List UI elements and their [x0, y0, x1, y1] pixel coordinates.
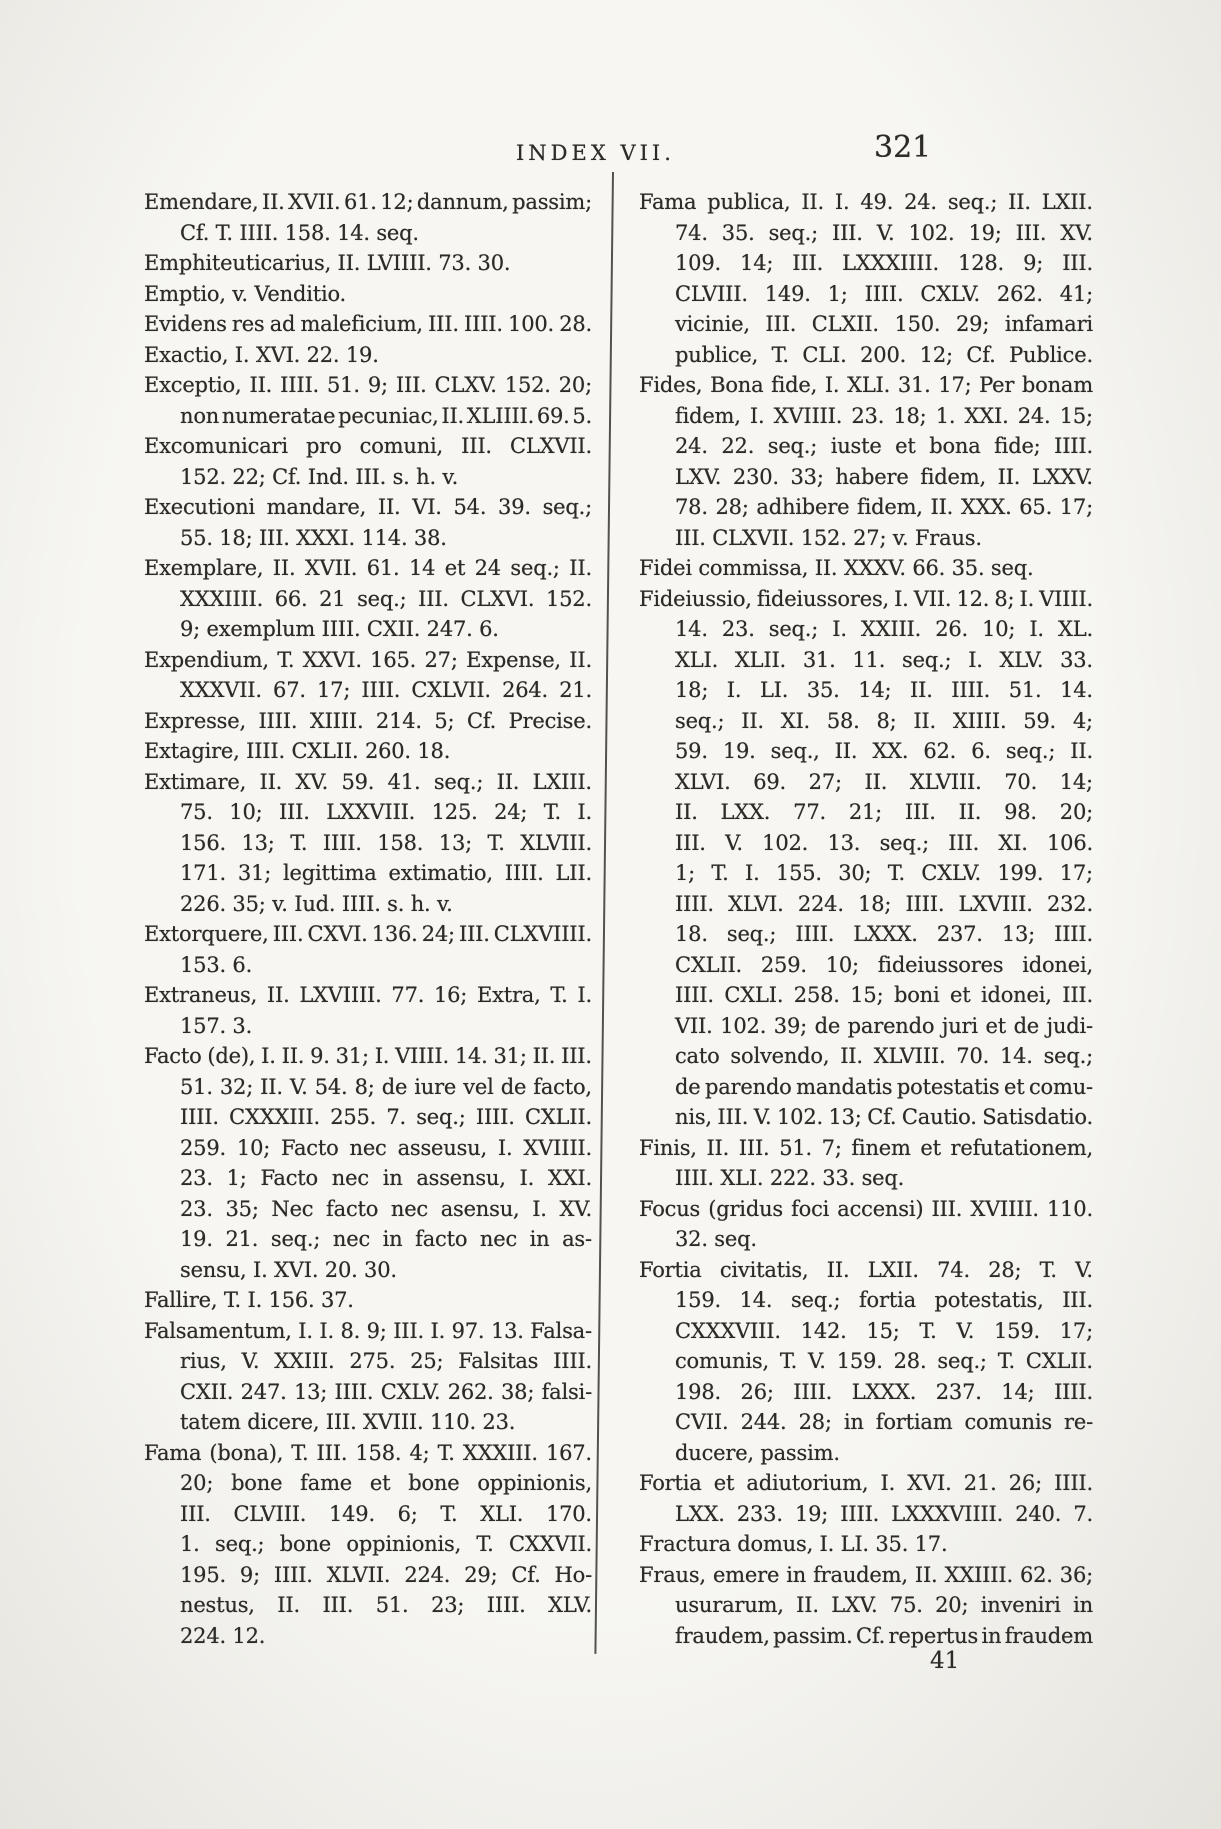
- index-line: 259.10;Factonecasseusu,I.XVIIII.: [144, 1133, 592, 1164]
- index-line: 23.1;Factonecinassensu,I.XXI.: [144, 1163, 592, 1194]
- index-line: 195.9;IIII.XLVII.224.29;Cf.Ho-: [144, 1560, 592, 1591]
- index-line: CLVIII.149.1;IIII.CXLV.262.41;: [639, 279, 1093, 310]
- index-line: usurarum,II.LXV.75.20;inveniriin: [639, 1590, 1093, 1621]
- index-line: 109.14;III.LXXXIIII.128.9;III.: [639, 248, 1093, 279]
- index-line: Fortiacivitatis,II.LXII.74.28;T.V.: [639, 1255, 1093, 1286]
- index-line: CVII.244.28;infortiamcomunisre-: [639, 1407, 1093, 1438]
- page-header-title: INDEX VII.: [516, 141, 675, 165]
- index-line: Fractura domus, I. LI. 35. 17.: [639, 1529, 1093, 1560]
- index-line: 59.19.seq.,II.XX.62.6.seq.;II.: [639, 736, 1093, 767]
- index-line: publice,T.CLI.200.12;Cf.Publice.: [639, 340, 1093, 371]
- index-line: Emptio, v. Venditio.: [144, 279, 592, 310]
- index-line: 14.23.seq.;I.XXIII.26.10;I.XL.: [639, 614, 1093, 645]
- index-line: 171.31;legittimaextimatio,IIII.LII.: [144, 858, 592, 889]
- index-line: CXII.247.13;IIII.CXLV.262.38;falsi-: [144, 1377, 592, 1408]
- index-line: Fortiaetadiutorium,I.XVI.21.26;IIII.: [639, 1468, 1093, 1499]
- index-line: 74.35.seq.;III.V.102.19;III.XV.: [639, 218, 1093, 249]
- index-line: III.CLVIII.149.6;T.XLI.170.: [144, 1499, 592, 1530]
- index-line: Extagire, IIII. CXLII. 260. 18.: [144, 736, 592, 767]
- index-line: III. CLXVII. 152. 27; v. Fraus.: [639, 523, 1093, 554]
- index-line: Fama(bona),T.III.158.4;T.XXXIII.167.: [144, 1438, 592, 1469]
- index-line: Exactio, I. XVI. 22. 19.: [144, 340, 592, 371]
- index-line: 1.seq.;boneoppinionis,T.CXXVII.: [144, 1529, 592, 1560]
- index-line: Cf. T. IIII. 158. 14. seq.: [144, 218, 592, 249]
- page-number: 321: [874, 130, 931, 165]
- index-line: nonnumerataepecuniac,II.XLIIII.69.5.: [144, 401, 592, 432]
- index-line: fraudem,passim.Cf.repertusinfraudem: [639, 1621, 1093, 1652]
- index-line: Expendium,T.XXVI.165.27;Expense,II.: [144, 645, 592, 676]
- index-line: rius,V.XXIII.275.25;FalsitasIIII.: [144, 1346, 592, 1377]
- index-line: comunis,T.V.159.28.seq.;T.CXLII.: [639, 1346, 1093, 1377]
- index-line: 9; exemplum IIII. CXII. 247. 6.: [144, 614, 592, 645]
- index-line: XXXVII.67.17;IIII.CXLVII.264.21.: [144, 675, 592, 706]
- index-line: 157. 3.: [144, 1011, 592, 1042]
- index-line: CXXXVIII.142.15;T.V.159.17;: [639, 1316, 1093, 1347]
- index-line: 75.10;III.LXXVIII.125.24;T.I.: [144, 797, 592, 828]
- index-line: XLI.XLII.31.11.seq.;I.XLV.33.: [639, 645, 1093, 676]
- index-line: 18;I.LI.35.14;II.IIII.51.14.: [639, 675, 1093, 706]
- index-line: 226. 35; v. Iud. IIII. s. h. v.: [144, 889, 592, 920]
- column-divider-rule: [594, 172, 614, 1654]
- index-line: Extraneus,II.LXVIIII.77.16;Extra,T.I.: [144, 980, 592, 1011]
- index-line: XLVI.69.27;II.XLVIII.70.14;: [639, 767, 1093, 798]
- index-line: II.LXX.77.21;III.II.98.20;: [639, 797, 1093, 828]
- index-line: Fideiussio,fideiussores,I.VII.12.8;I.VII…: [639, 584, 1093, 615]
- index-line: Expresse,IIII.XIIII.214.5;Cf.Precise.: [144, 706, 592, 737]
- index-line: Falsamentum,I.I.8.9;III.I.97.13.Falsa-: [144, 1316, 592, 1347]
- index-line: Fidei commissa, II. XXXV. 66. 35. seq.: [639, 553, 1093, 584]
- index-line: 23.35;Necfactonecasensu,I.XV.: [144, 1194, 592, 1225]
- index-line: Extorquere,III.CXVI.136.24;III.CLXVIIII.: [144, 919, 592, 950]
- index-column-right: Famapublica,II.I.49.24.seq.;II.LXII.74.3…: [639, 187, 1093, 1651]
- index-line: 18.seq.;IIII.LXXX.237.13;IIII.: [639, 919, 1093, 950]
- index-line: Excomunicariprocomuni,III.CLXVII.: [144, 431, 592, 462]
- index-line: Facto(de),I.II.9.31;I.VIIII.14.31;II.III…: [144, 1041, 592, 1072]
- index-column-left: Emendare,II.XVII.61.12;dannum,passim;Cf.…: [144, 187, 592, 1651]
- index-line: 156.13;T.IIII.158.13;T.XLVIII.: [144, 828, 592, 859]
- index-line: 19.21.seq.;necinfactonecinas-: [144, 1224, 592, 1255]
- book-page-scan: INDEX VII. 321 Emendare,II.XVII.61.12;da…: [0, 0, 1221, 1829]
- index-line: 153. 6.: [144, 950, 592, 981]
- index-line: Emendare,II.XVII.61.12;dannum,passim;: [144, 187, 592, 218]
- index-line: Fraus,emereinfraudem,II.XXIIII.62.36;: [639, 1560, 1093, 1591]
- index-line: 51.32;II.V.54.8;deiureveldefacto,: [144, 1072, 592, 1103]
- index-line: sensu, I. XVI. 20. 30.: [144, 1255, 592, 1286]
- index-line: 55. 18; III. XXXI. 114. 38.: [144, 523, 592, 554]
- index-line: nestus,II.III.51.23;IIII.XLV.: [144, 1590, 592, 1621]
- index-line: IIII.CXXXIII.255.7.seq.;IIII.CXLII.: [144, 1102, 592, 1133]
- index-line: ducere, passim.: [639, 1438, 1093, 1469]
- index-line: VII.102.39;deparendojurietdejudi-: [639, 1011, 1093, 1042]
- index-line: 1;T.I.155.30;T.CXLV.199.17;: [639, 858, 1093, 889]
- index-line: seq.;II.XI.58.8;II.XIIII.59.4;: [639, 706, 1093, 737]
- index-line: 152. 22; Cf. Ind. III. s. h. v.: [144, 462, 592, 493]
- index-line: 224. 12.: [144, 1621, 592, 1652]
- signature-mark: 41: [930, 1648, 959, 1674]
- index-line: tatem dicere, III. XVIII. 110. 23.: [144, 1407, 592, 1438]
- index-line: Fides,Bonafide,I.XLI.31.17;Perbonam: [639, 370, 1093, 401]
- index-line: 24.22.seq.;iusteetbonafide;IIII.: [639, 431, 1093, 462]
- index-line: Exemplare,II.XVII.61.14et24seq.;II.: [144, 553, 592, 584]
- index-line: III.V.102.13.seq.;III.XI.106.: [639, 828, 1093, 859]
- index-line: Famapublica,II.I.49.24.seq.;II.LXII.: [639, 187, 1093, 218]
- index-line: 159.14.seq.;fortiapotestatis,III.: [639, 1285, 1093, 1316]
- index-line: XXXIIII.66.21seq.;III.CLXVI.152.: [144, 584, 592, 615]
- index-line: Evidensresadmaleficium,III.IIII.100.28.: [144, 309, 592, 340]
- index-line: Exceptio,II.IIII.51.9;III.CLXV.152.20;: [144, 370, 592, 401]
- index-line: Focus(gridusfociaccensi)III.XVIIII.110.: [639, 1194, 1093, 1225]
- index-line: CXLII.259.10;fideiussoresidonei,: [639, 950, 1093, 981]
- index-line: Executionimandare,II.VI.54.39.seq.;: [144, 492, 592, 523]
- index-line: IIII. XLI. 222. 33. seq.: [639, 1163, 1093, 1194]
- index-line: nis,III.V.102.13;Cf.Cautio.Satisdatio.: [639, 1102, 1093, 1133]
- index-line: Finis,II.III.51.7;finemetrefutationem,: [639, 1133, 1093, 1164]
- index-line: Extimare,II.XV.59.41.seq.;II.LXIII.: [144, 767, 592, 798]
- index-line: 32. seq.: [639, 1224, 1093, 1255]
- index-line: LXX.233.19;IIII.LXXXVIIII.240.7.: [639, 1499, 1093, 1530]
- index-line: IIII.XLVI.224.18;IIII.LXVIII.232.: [639, 889, 1093, 920]
- index-line: Emphiteuticarius, II. LVIIII. 73. 30.: [144, 248, 592, 279]
- index-line: LXV.230.33;haberefidem,II.LXXV.: [639, 462, 1093, 493]
- index-line: catosolvendo,II.XLVIII.70.14.seq.;: [639, 1041, 1093, 1072]
- index-line: fidem,I.XVIIII.23.18;1.XXI.24.15;: [639, 401, 1093, 432]
- index-line: vicinie,III.CLXII.150.29;infamari: [639, 309, 1093, 340]
- index-line: Fallire, T. I. 156. 37.: [144, 1285, 592, 1316]
- index-line: 78.28;adhiberefidem,II.XXX.65.17;: [639, 492, 1093, 523]
- index-line: IIII.CXLI.258.15;bonietidonei,III.: [639, 980, 1093, 1011]
- index-line: deparendomandatispotestatisetcomu-: [639, 1072, 1093, 1103]
- index-line: 20;bonefameetboneoppinionis,: [144, 1468, 592, 1499]
- index-line: 198.26;IIII.LXXX.237.14;IIII.: [639, 1377, 1093, 1408]
